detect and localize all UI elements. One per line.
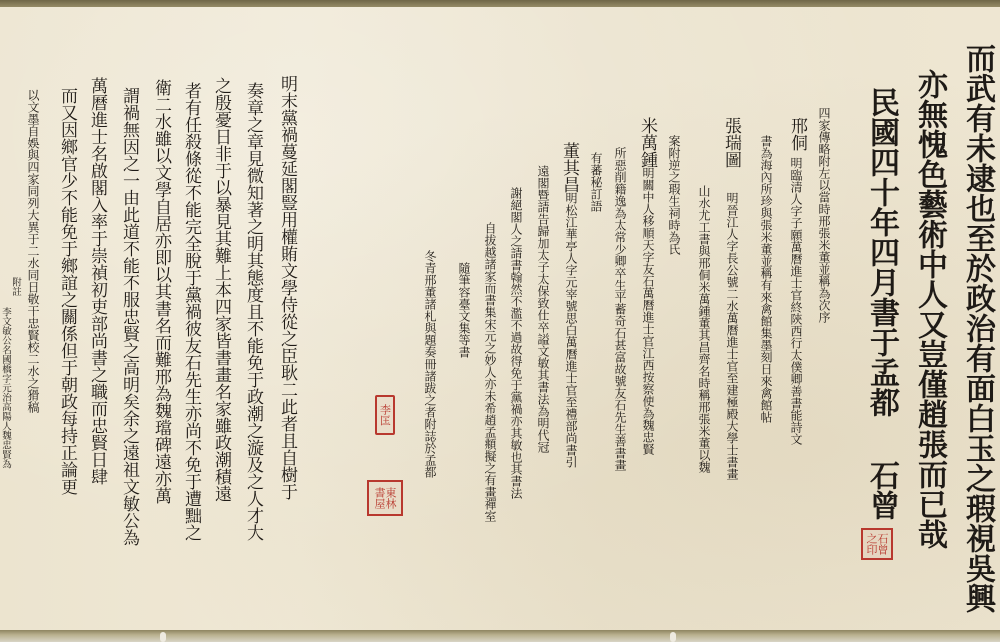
essay-column-5: 衛二水雖以文學自居亦即以其書名而難邢為魏璫碑遠亦萬 — [152, 79, 169, 504]
notes-column-11: 所惡削籍逸為太常少卿卒生平蓄奇石甚富故號友石先生善書畫 — [614, 147, 626, 471]
notes-column-4: 書為海內所珍與張米董並稱有來禽館集墨刻日來禽館帖 — [760, 135, 772, 423]
mount-pin — [670, 632, 676, 642]
notes-heading-dongqichang: 董其昌 — [560, 142, 577, 193]
scroll-paper: 而武有未逮也至於政治有面白玉之瑕視吳興 亦無愧色藝術中人又豈僅趙張而已哉 民國四… — [0, 7, 1000, 630]
notes-column-15: 遠閣暨請告歸加太子太保致仕卒謚文敏其書法為明代冠 — [537, 165, 549, 453]
essay-annotation-label: 附註 — [10, 277, 20, 296]
notes-column-3: 明臨清人字子願萬曆進士官終陝西行太僕卿善書能詩文 — [790, 157, 802, 445]
inscription-column-1: 而武有未逮也至於政治有面白玉之瑕視吳興 — [962, 43, 992, 613]
essay-column-4: 者有任殺條從不能完全脫于黨禍彼友石先生亦尚不免于遭黜之 — [182, 82, 199, 541]
scroll-bottom-mounting — [0, 630, 1000, 642]
seal-li-kuang: 李匡 — [375, 395, 395, 435]
notes-column-12: 有蕃秘訂語 — [590, 152, 602, 212]
notes-column-10: 明關中人移順天字友石萬曆進士官江西按察使為魏忠賢 — [642, 167, 654, 455]
essay-annotation: 李文敏公名國橋字元治高陽人魏忠賢為 — [0, 307, 10, 469]
essay-column-8: 而又因鄉官少不能免于鄉誼之關係但于朝政每持正論更 — [58, 87, 75, 495]
essay-column-9: 以文墨自娛與四家同列大異于二水同日敬干忠賢校二水之猾稿 — [27, 89, 39, 413]
notes-column-16: 謝絕閣人之請書翰然不濫不過故得免于黨禍亦其敏也其書法 — [510, 187, 522, 499]
inscription-date: 民國四十年四月書于孟都 — [866, 87, 896, 417]
notes-column-6: 明晉江人字長公號二水萬曆進士官至建極殿大學士書畫 — [726, 192, 738, 480]
seal-collection: 東林書屋 — [367, 480, 403, 516]
notes-column-1: 四家傳略附左以當時邢張米董並稱為次序 — [818, 107, 830, 323]
notes-column-14: 明松江華亭人字元宰號思白萬曆進士官至禮部尚書引 — [565, 192, 577, 468]
mount-pin — [160, 632, 166, 642]
notes-heading-zhangruitu: 張瑞圖 — [722, 117, 739, 168]
notes-column-19: 冬青邢董諸札與題奏冊諸跋之者附誌於孟都 — [424, 250, 436, 478]
notes-heading-xingtong: 邢侗 — [788, 117, 805, 151]
inscription-column-2: 亦無愧色藝術中人又豈僅趙張而已哉 — [914, 69, 944, 549]
notes-heading-miwanzhong: 米萬鍾 — [638, 117, 655, 168]
notes-column-17: 自拔越諸家而書集宋元之妙人亦未希趙孟頫擬之有畫禪室 — [484, 222, 496, 522]
essay-column-3: 之殷憂日非于以暴見其難上本四家皆書畫名家雖政潮積遠 — [212, 77, 229, 502]
scroll-top-mounting — [0, 0, 1000, 7]
essay-column-7: 萬曆進士名啟閣入率于崇禎初吏部尚書之職而忠賢日肆 — [88, 77, 105, 485]
notes-column-8: 案附逆之瑕生祠時為氏 — [668, 135, 680, 255]
essay-column-2: 奏章之章見微知著之明其態度且不能免于政潮之漩及之人才大 — [244, 82, 261, 541]
essay-column-1: 明末黨禍蔓延閣豎用權賄文學侍從之臣耿二此者且自樹于 — [278, 75, 295, 500]
notes-column-7: 山水尤工書與邢侗米萬鍾董其昌齊名時稱邢張米董以魏 — [698, 185, 710, 473]
essay-column-6: 謂禍無因之一由此道不能不服忠賢之高明矣余之遠祖文敏公為 — [120, 87, 137, 546]
artist-seal: 石曾之印 — [861, 528, 893, 560]
notes-column-18: 隨筆容臺文集等書 — [458, 262, 470, 358]
inscription-signature: 石曾 — [866, 460, 896, 520]
